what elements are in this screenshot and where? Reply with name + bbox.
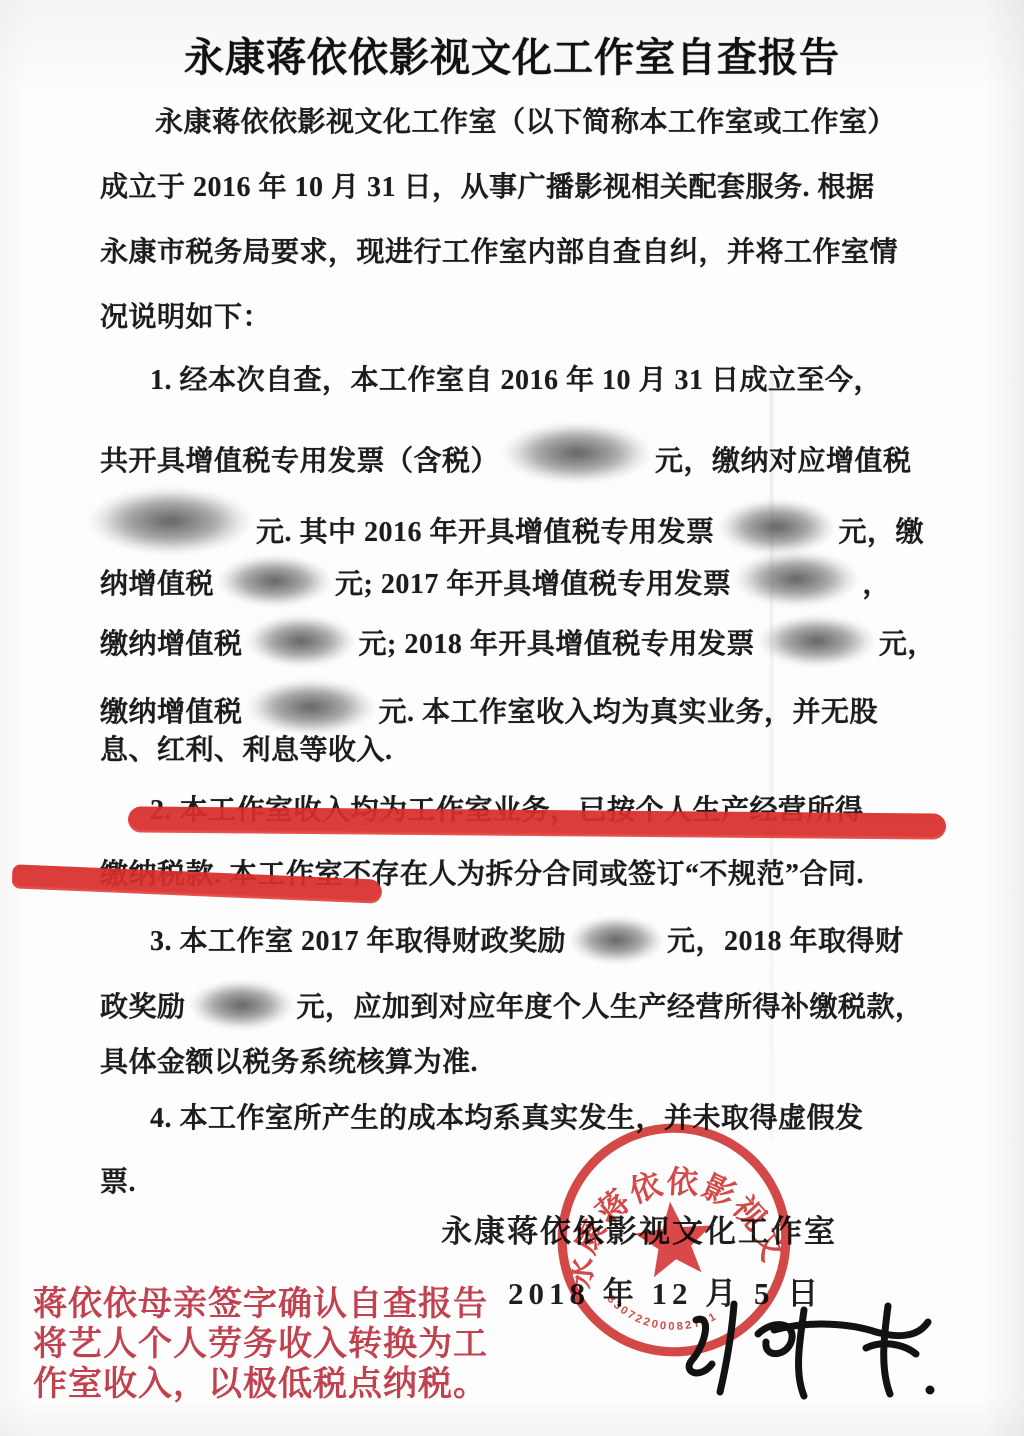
line-text: 元. 本工作室收入均为真实业务，并无股 <box>379 697 879 728</box>
document-line: 票. <box>100 1160 136 1200</box>
line-text: 1. 经本次自查，本工作室自 2016 年 10 月 31 日成立至今， <box>150 365 882 396</box>
document-line: 永康蒋依依影视文化工作室（以下简称本工作室或工作室） <box>155 100 896 140</box>
line-text: 况说明如下： <box>100 302 271 333</box>
line-text: 元，应加到对应年度个人生产经营所得补缴税款， <box>297 992 924 1023</box>
line-text: 元; 2018 年开具增值税专用发票 <box>359 629 755 660</box>
document-line: 纳增值税元; 2017 年开具增值税专用发票， <box>100 551 891 607</box>
note-line: 蒋依依母亲签字确认自查报告 <box>33 1284 488 1324</box>
redacted-amount <box>718 499 836 555</box>
line-text: 缴纳增值税 <box>100 697 243 728</box>
redacted-amount <box>88 487 253 555</box>
document-line: 成立于 2016 年 10 月 31 日，从事广播影视相关配套服务. 根据 <box>100 165 875 205</box>
document-line: 共开具增值税专用发票（含税）元，缴纳对应增值税 <box>100 422 912 484</box>
line-text: 元. 其中 2016 年开具增值税专用发票 <box>256 517 715 548</box>
line-text: 元， <box>879 629 936 660</box>
redacted-amount <box>734 551 859 607</box>
line-text: 元，缴 <box>839 517 925 548</box>
line-text: 元，缴纳对应增值税 <box>655 446 912 477</box>
redacted-amount <box>569 916 664 964</box>
document-line: 元. 其中 2016 年开具增值税专用发票元，缴 <box>85 487 924 555</box>
line-text: 元; 2017 年开具增值税专用发票 <box>335 569 731 600</box>
redacted-amount <box>758 615 876 667</box>
stamp-star-icon <box>632 1198 717 1279</box>
document-line: 缴纳增值税元; 2018 年开具增值税专用发票元， <box>100 615 936 667</box>
line-text: 元，2018 年取得财 <box>667 926 904 957</box>
line-text: 具体金额以税务系统核算为准. <box>100 1047 478 1078</box>
line-text: 永康蒋依依影视文化工作室（以下简称本工作室或工作室） <box>155 107 896 138</box>
redacted-amount <box>502 422 652 484</box>
line-text: 永康市税务局要求，现进行工作室内部自查自纠，并将工作室情 <box>100 237 898 268</box>
line-text: 票. <box>100 1167 136 1198</box>
stamp-arc-text: 永康蒋依依影视文化工作室 <box>540 1106 794 1296</box>
line-text: 息、红利、利息等收入. <box>100 735 393 766</box>
line-text: 共开具增值税专用发票（含税） <box>100 446 499 477</box>
line-text: 纳增值税 <box>100 569 214 600</box>
scanned-document-page: 永康蒋依依影视文化工作室自查报告 永康蒋依依影视文化工作室（以下简称本工作室或工… <box>0 0 1024 1436</box>
line-text: 缴纳增值税 <box>100 629 243 660</box>
document-line: 政奖励元，应加到对应年度个人生产经营所得补缴税款， <box>100 980 924 1030</box>
handwritten-signature: 刘艳林 <box>662 1292 962 1417</box>
document-line: 息、红利、利息等收入. <box>100 728 393 768</box>
note-line: 作室收入，以极低税点纳税。 <box>33 1364 488 1404</box>
redacted-amount <box>189 980 294 1030</box>
redacted-amount <box>246 615 356 667</box>
document-line: 缴纳增值税元. 本工作室收入均为真实业务，并无股 <box>100 679 878 735</box>
redacted-amount <box>246 679 376 735</box>
svg-text:永康蒋依依影视文化工作室: 永康蒋依依影视文化工作室 <box>540 1106 794 1296</box>
document-line: 况说明如下： <box>100 295 271 335</box>
line-text: 成立于 2016 年 10 月 31 日，从事广播影视相关配套服务. 根据 <box>100 172 875 203</box>
line-text: 3. 本工作室 2017 年取得财政奖励 <box>150 926 566 957</box>
line-text: ， <box>862 569 891 600</box>
document-line: 3. 本工作室 2017 年取得财政奖励元，2018 年取得财 <box>150 916 904 964</box>
signature-strokes-icon <box>662 1292 962 1417</box>
document-line: 1. 经本次自查，本工作室自 2016 年 10 月 31 日成立至今， <box>150 358 882 398</box>
document-line: 具体金额以税务系统核算为准. <box>100 1040 478 1080</box>
redacted-amount <box>217 555 332 607</box>
note-line: 将艺人个人劳务收入转换为工 <box>33 1324 488 1364</box>
line-text: 政奖励 <box>100 992 186 1023</box>
document-line: 永康市税务局要求，现进行工作室内部自查自纠，并将工作室情 <box>100 230 898 270</box>
red-annotation-note: 蒋依依母亲签字确认自查报告 将艺人个人劳务收入转换为工 作室收入，以极低税点纳税… <box>33 1284 488 1404</box>
document-title: 永康蒋依依影视文化工作室自查报告 <box>0 26 1024 83</box>
